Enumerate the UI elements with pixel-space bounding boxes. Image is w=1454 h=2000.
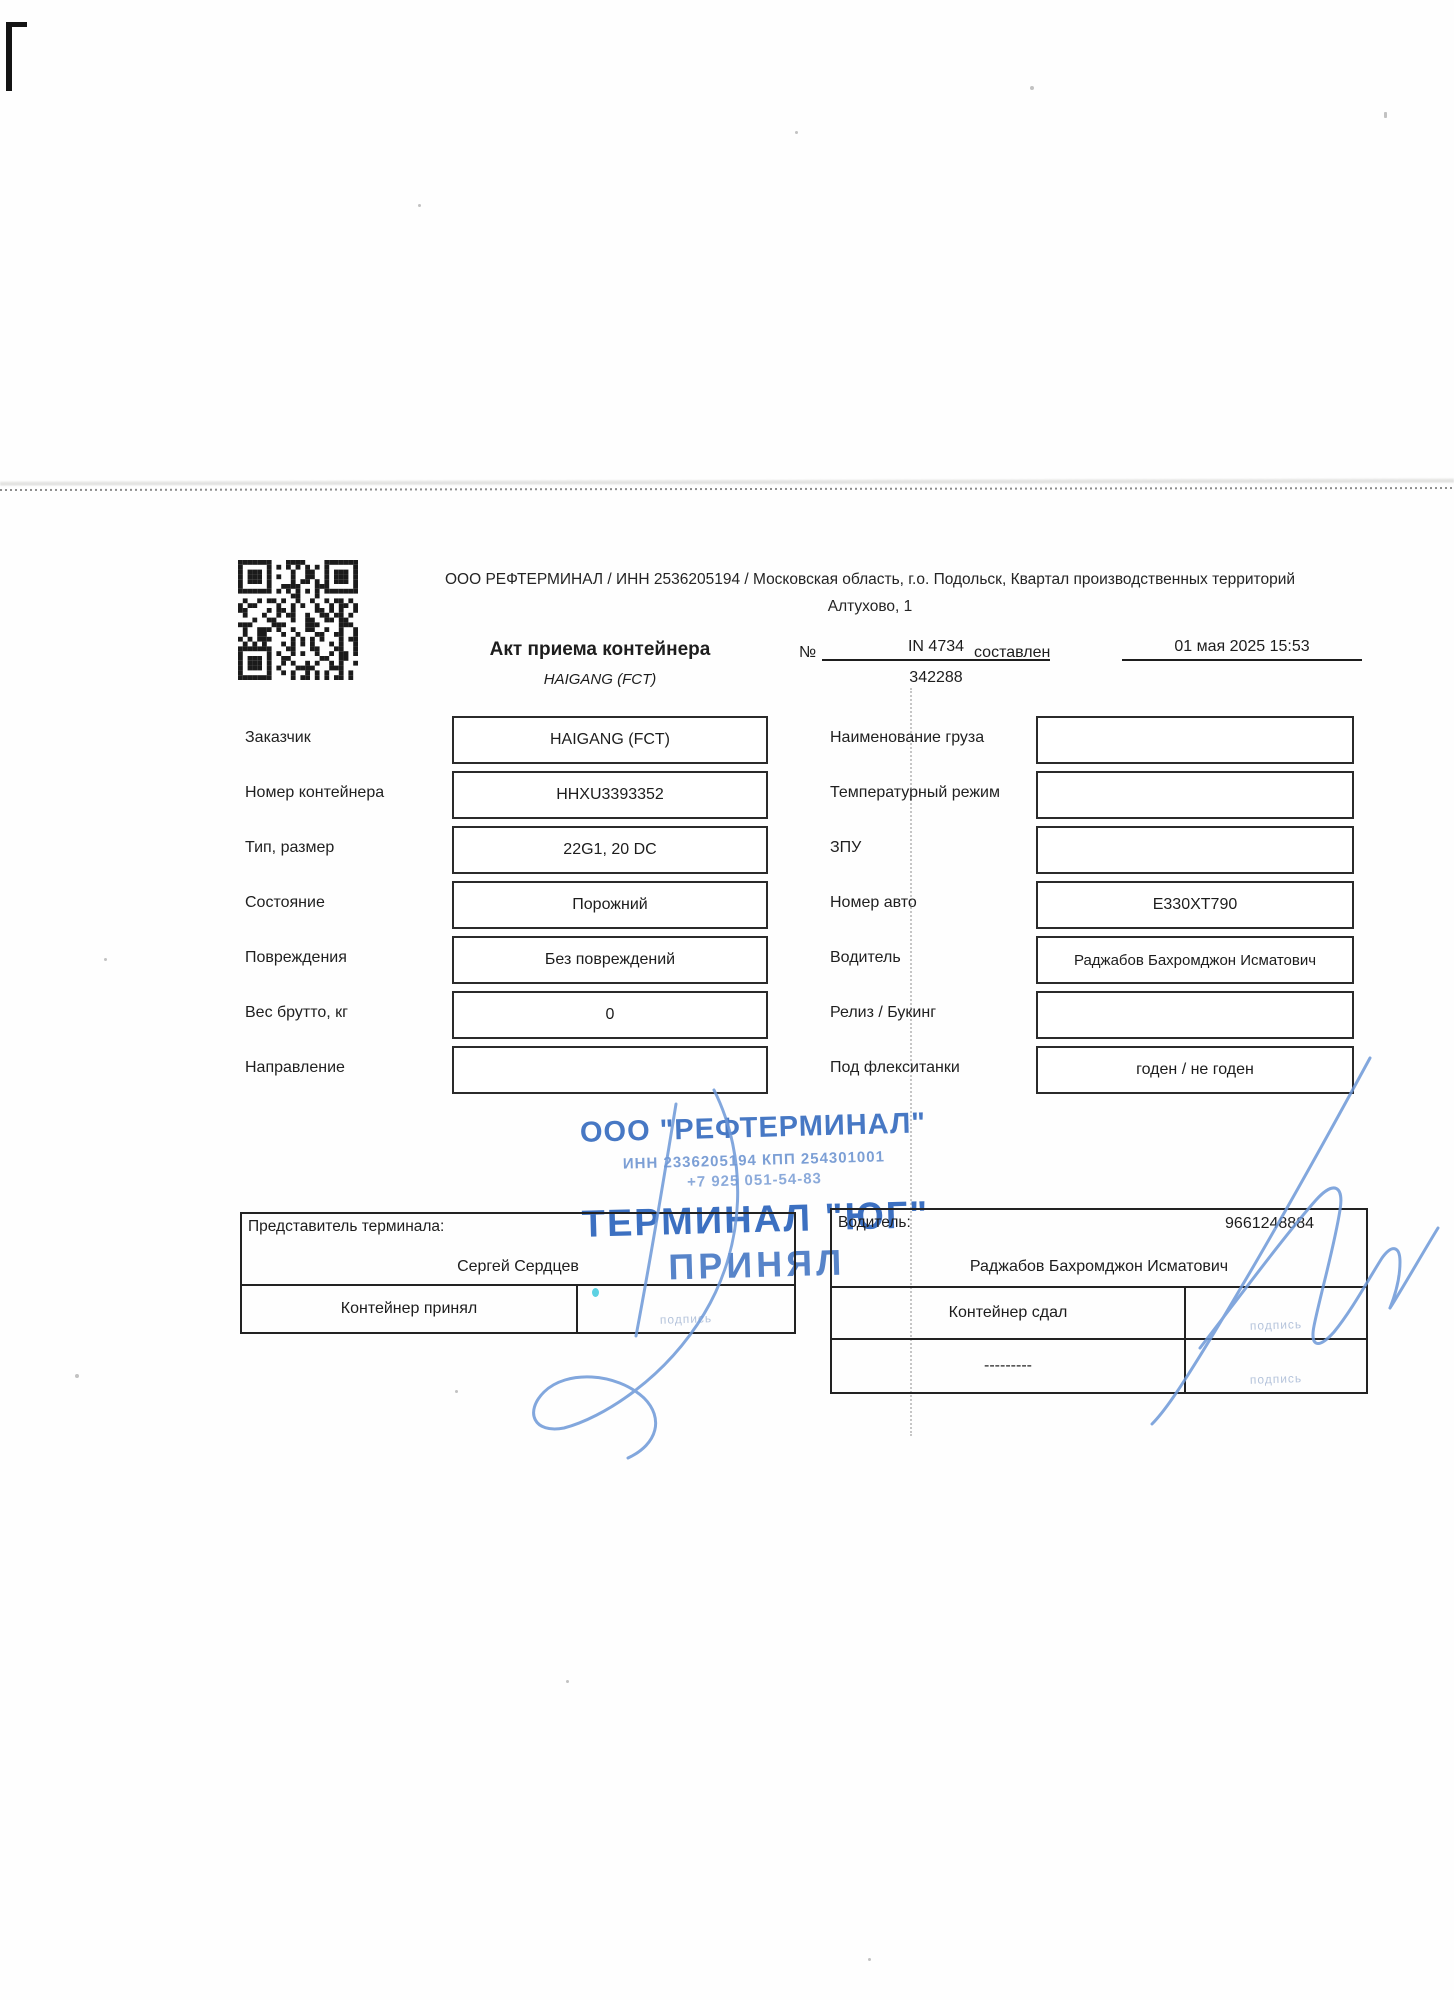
field-label-seal: ЗПУ <box>830 839 861 857</box>
fold-line <box>0 487 1454 491</box>
field-label-release-booking: Релиз / Букинг <box>830 1004 936 1022</box>
field-label-flexitank: Под флекситанки <box>830 1059 960 1077</box>
terminal-representative-block: Представитель терминала: Сергей Сердцев … <box>240 1212 796 1334</box>
field-label-condition: Состояние <box>245 894 325 912</box>
signature-placeholder: подпись <box>1186 1315 1366 1335</box>
field-label-driver: Водитель <box>830 949 901 967</box>
scan-speck <box>566 1680 569 1683</box>
fold-line-shadow <box>0 478 1454 485</box>
terminal-action-row: Контейнер принял подпись <box>242 1284 794 1332</box>
scan-speck <box>104 958 107 961</box>
driver-action-row: Контейнер сдал подпись <box>832 1286 1366 1338</box>
container-handed-label: Контейнер сдал <box>832 1288 1186 1338</box>
field-label-type-size: Тип, размер <box>245 839 334 857</box>
stamp-phone: +7 925 051-54-83 <box>504 1165 1004 1196</box>
field-value-customer: HAIGANG (FCT) <box>452 716 768 764</box>
field-label-gross-weight: Вес брутто, кг <box>245 1004 348 1022</box>
field-label-damages: Повреждения <box>245 949 347 967</box>
signature-right-tail <box>1390 1228 1438 1308</box>
driver-name: Раджабов Бахромджон Исматович <box>832 1258 1366 1276</box>
field-value-seal <box>1036 826 1354 874</box>
stamp-company-name: ООО "РЕФТЕРМИНАЛ" <box>503 1105 1004 1152</box>
composed-label: составлен <box>974 644 1050 662</box>
dashes-cell: --------- <box>832 1340 1186 1392</box>
field-value-driver: Раджабов Бахромджон Исматович <box>1036 936 1354 984</box>
company-header-line2: Алтухово, 1 <box>380 593 1360 620</box>
field-label-truck-number: Номер авто <box>830 894 917 912</box>
driver-signature-cell: подпись <box>1186 1288 1366 1338</box>
company-header: ООО РЕФТЕРМИНАЛ / ИНН 2536205194 / Моско… <box>380 566 1360 620</box>
field-label-cargo-name: Наименование груза <box>830 729 984 747</box>
document-title: Акт приема контейнера <box>425 639 775 661</box>
qr-code-svg <box>238 558 358 682</box>
terminal-block-header: Представитель терминала: <box>248 1218 444 1236</box>
scan-speck <box>75 1374 79 1378</box>
document-number-secondary: 342288 <box>822 669 1050 687</box>
field-value-gross-weight: 0 <box>452 991 768 1039</box>
scan-corner-mark <box>6 22 27 91</box>
field-label-temperature-mode: Температурный режим <box>830 784 1000 802</box>
field-label-direction: Направление <box>245 1059 345 1077</box>
container-accepted-label: Контейнер принял <box>242 1286 578 1332</box>
field-value-temperature-mode <box>1036 771 1354 819</box>
field-value-flexitank: годен / не годен <box>1036 1046 1354 1094</box>
scan-speck <box>418 204 421 207</box>
driver-signature-cell-2: подпись <box>1186 1340 1366 1392</box>
terminal-signature-cell: подпись <box>578 1286 794 1332</box>
number-label: № <box>799 644 816 662</box>
driver-dashes-row: --------- подпись <box>832 1338 1366 1392</box>
field-label-customer: Заказчик <box>245 729 311 747</box>
field-value-release-booking <box>1036 991 1354 1039</box>
field-value-cargo-name <box>1036 716 1354 764</box>
qr-code <box>238 558 358 682</box>
scan-speck <box>1384 112 1387 118</box>
terminal-representative-name: Сергей Сердцев <box>242 1258 794 1276</box>
scan-speck <box>795 131 798 134</box>
field-label-container-number: Номер контейнера <box>245 784 384 802</box>
field-value-damages: Без повреждений <box>452 936 768 984</box>
scan-speck <box>868 1958 871 1961</box>
driver-block-header: Водитель: <box>838 1214 911 1232</box>
company-header-line1: ООО РЕФТЕРМИНАЛ / ИНН 2536205194 / Моско… <box>380 566 1360 593</box>
field-value-condition: Порожний <box>452 881 768 929</box>
signature-placeholder: подпись <box>578 1308 794 1330</box>
driver-phone: 9661248884 <box>1225 1215 1314 1233</box>
scan-speck <box>1030 86 1034 90</box>
field-value-container-number: HHXU3393352 <box>452 771 768 819</box>
field-value-type-size: 22G1, 20 DC <box>452 826 768 874</box>
driver-block: Водитель: 9661248884 Раджабов Бахромджон… <box>830 1208 1368 1394</box>
document-subtitle: HAIGANG (FCT) <box>425 671 775 688</box>
stamp-inn-kpp: ИНН 2336205194 КПП 254301001 <box>504 1145 1004 1176</box>
composed-date: 01 мая 2025 15:53 <box>1122 638 1362 661</box>
signature-placeholder: подпись <box>1186 1369 1366 1389</box>
field-value-direction <box>452 1046 768 1094</box>
field-value-truck-number: E330XT790 <box>1036 881 1354 929</box>
scanned-document-page: ООО РЕФТЕРМИНАЛ / ИНН 2536205194 / Моско… <box>0 0 1454 2000</box>
scan-speck <box>455 1390 458 1393</box>
